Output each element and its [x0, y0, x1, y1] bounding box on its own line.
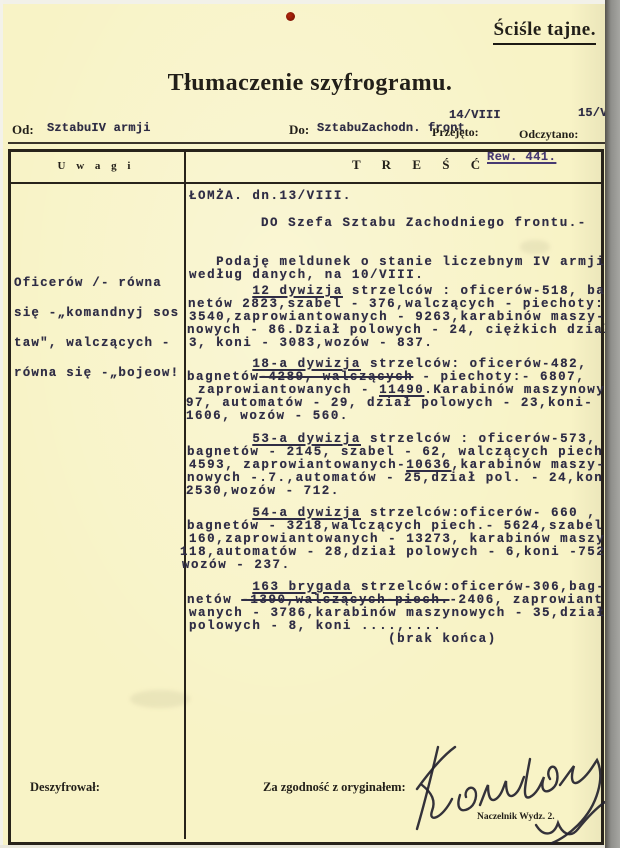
document-scan: Ściśle tajne. Tłumaczenie szyfrogramu. O…: [0, 0, 620, 848]
content-paragraphs: Podaję meldunek o stanie liczebnym IV ar…: [189, 256, 614, 646]
typed-line: 3, koni - 3083,wozów - 837.: [189, 337, 614, 350]
typed-line: 2530,wozów - 712.: [186, 485, 614, 498]
remark-line: Oficerów /- równa: [14, 268, 194, 298]
addressee-line: DO Szefa Sztabu Zachodniego frontu.-: [261, 217, 614, 230]
signature-kowalew: [408, 733, 620, 848]
typed-line: 1606, wozów - 560.: [186, 410, 614, 423]
scan-edge-right: [605, 0, 620, 848]
received-value: 14/VIII: [449, 108, 501, 122]
typed-line: wozów - 237.: [182, 559, 614, 572]
from-value: SztabuIV armji: [47, 121, 151, 135]
content-column-header: T R E Ś Ć: [352, 157, 489, 173]
remark-line: równa się -„bojeow!: [14, 358, 194, 388]
received-label: Przejęto:: [432, 125, 479, 140]
place-date: ŁOMŻA. dn.13/VIII.: [189, 190, 614, 203]
top-rule: [8, 142, 605, 144]
content-paragraph: 54-a dywizja strzelców:oficerów- 660 ,ba…: [189, 507, 614, 572]
reference-number: Rew. 441.: [487, 150, 556, 164]
remarks-column-header: U w a g i: [8, 160, 184, 172]
remarks-column: Oficerów /- równasię -„komandnyj sostaw"…: [14, 268, 194, 388]
content-paragraph: 163 brygada strzelców:oficerów-306,bag-n…: [189, 581, 614, 646]
typed-line: (brak końca): [189, 633, 614, 646]
classification-stamp: Ściśle tajne.: [493, 19, 596, 45]
content-paragraph: Podaję meldunek o stanie liczebnym IV ar…: [189, 256, 614, 282]
typed-line: według danych, na 10/VIII.: [189, 269, 614, 282]
scan-edge-left: [0, 0, 3, 848]
scan-edge-top: [0, 0, 620, 4]
to-label: Do:: [289, 122, 309, 138]
red-dot-mark: [286, 12, 295, 21]
read-label: Odczytano:: [519, 127, 578, 142]
certified-copy-label: Za zgodność z oryginałem:: [263, 780, 406, 795]
remark-line: taw", walczących -: [14, 328, 194, 358]
content-paragraph: 18-a dywizja strzelców: oficerów-482,bag…: [189, 358, 614, 423]
read-value: 15/V: [578, 106, 608, 120]
content-paragraph: 12 dywizja strzelców : oficerów-518, ban…: [189, 285, 614, 350]
content-paragraph: 53-a dywizja strzelców : oficerów-573,ba…: [189, 433, 614, 498]
remark-line: się -„komandnyj sos: [14, 298, 194, 328]
deciphered-by-label: Deszyfrował:: [30, 780, 100, 795]
from-label: Od:: [12, 122, 34, 138]
page-title: Tłumaczenie szyfrogramu.: [0, 70, 620, 97]
